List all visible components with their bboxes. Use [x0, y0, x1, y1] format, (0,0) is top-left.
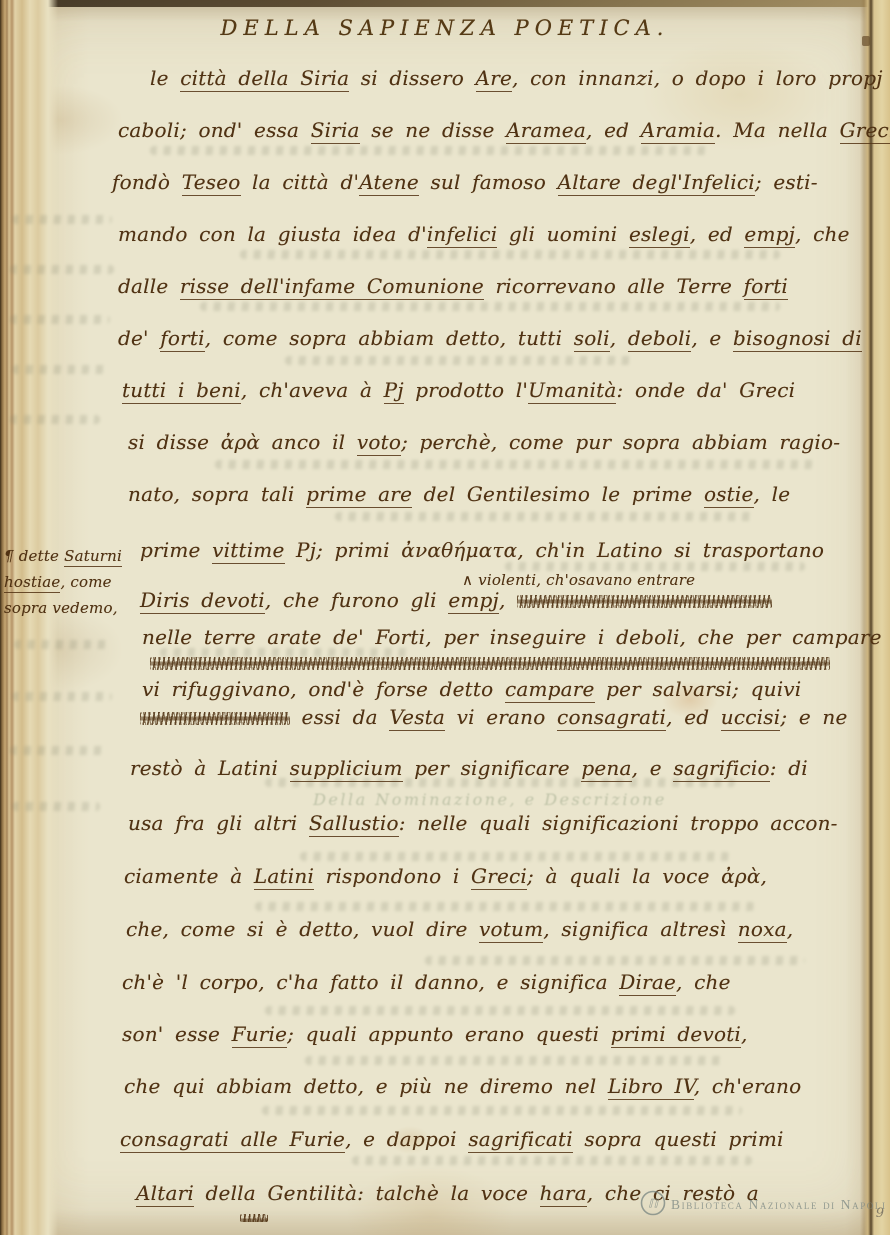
margin-text-segment: ¶ dette [4, 547, 64, 565]
text-segment: del Gentilesimo le prime [412, 482, 704, 506]
bleed-through-line [150, 146, 710, 155]
text-segment: ; esti- [755, 170, 818, 194]
bleed-through-line [10, 265, 114, 274]
text-segment: , con innanzi, o dopo i loro propj vo- [512, 66, 890, 90]
manuscript-line-6: de' forti, come sopra abbiam detto, tutt… [118, 326, 862, 350]
crossed-out-word [240, 1214, 268, 1222]
text-segment: . Ma nella [715, 118, 839, 142]
text-segment: ostie [704, 482, 754, 508]
text-segment: ἀρὰ [221, 430, 260, 454]
text-segment: , ch'aveva à [241, 378, 384, 402]
text-segment: sagrificio [673, 756, 769, 782]
text-segment: primi devoti [611, 1022, 741, 1048]
text-segment: Furie [232, 1022, 288, 1048]
text-segment: anco il [260, 430, 357, 454]
text-segment: , ed [690, 222, 745, 246]
text-segment: per salvarsi; quivi [595, 677, 802, 701]
margin-note: ¶ dette Saturnihostiae, comesopra vedemo… [4, 543, 138, 621]
margin-text-segment: sopra vedemo, [4, 599, 118, 617]
bleed-through-line [10, 315, 110, 324]
text-segment: son' esse [122, 1022, 232, 1046]
manuscript-line-9: nato, sopra tali prime are del Gentilesi… [128, 482, 790, 506]
text-segment: uccisi [721, 705, 781, 731]
text-segment: nato, sopra tali [128, 482, 306, 506]
manuscript-line-19: che, come si è detto, vuol dire votum, s… [126, 917, 793, 941]
bleed-through-line [255, 902, 755, 911]
text-segment: , ch'erano [694, 1074, 802, 1098]
text-segment: infelici [427, 222, 498, 248]
bleed-through-line [265, 1006, 735, 1015]
text-segment: Diris devoti [140, 588, 265, 614]
stamp-label: Biblioteca Nazionale di Napoli [671, 1197, 887, 1213]
bleed-through-heading: Della Nominazione, e Descrizione [255, 790, 725, 809]
text-segment: Greci [471, 864, 527, 890]
text-segment: tutti i beni [122, 378, 241, 404]
text-segment: sagrificati [468, 1127, 573, 1153]
bleed-through-line [215, 460, 815, 469]
manuscript-line-4: mando con la giusta idea d'infelici gli … [118, 222, 850, 246]
bleed-through-line [12, 365, 107, 374]
text-segment: usa fra gli altri [128, 811, 309, 835]
margin-note-line-2: hostiae, come [4, 569, 138, 595]
bleed-through-line [335, 512, 755, 521]
text-segment: ricorrevano alle Terre [484, 274, 744, 298]
text-segment: bisognosi di [733, 326, 862, 352]
text-segment: deboli [628, 326, 691, 352]
text-segment: Are [476, 66, 512, 92]
crossed-out-text [517, 595, 772, 608]
text-segment: ; quali appunto erano questi [287, 1022, 611, 1046]
text-segment: sopra questi primi [573, 1127, 784, 1151]
manuscript-line-15: essi da Vesta vi erano consagrati, ed uc… [140, 705, 848, 729]
text-segment: ἀναθήματα [401, 538, 517, 562]
text-segment: Vesta [389, 705, 445, 731]
text-segment: : di [770, 756, 808, 780]
text-segment: prodotto l' [404, 378, 528, 402]
manuscript-line-21: son' esse Furie; quali appunto erano que… [122, 1022, 748, 1046]
text-segment: , che [676, 970, 731, 994]
manuscript-line-7: tutti i beni, ch'aveva à Pj prodotto l'U… [122, 378, 795, 402]
manuscript-line-13 [150, 650, 830, 674]
manuscript-line-1: le città della Siria si dissero Are, con… [150, 66, 890, 90]
text-segment: caboli; ond' essa [118, 118, 311, 142]
text-segment: fondò [112, 170, 182, 194]
text-segment: Latini [254, 864, 314, 890]
manuscript-line-17: usa fra gli altri Sallustio: nelle quali… [128, 811, 838, 835]
bleed-through-line [12, 215, 112, 224]
page-title: DELLA SAPIENZA POETICA. [0, 16, 890, 40]
text-segment: prime are [306, 482, 412, 508]
text-segment: ; e ne [780, 705, 847, 729]
text-segment: , che [795, 222, 850, 246]
margin-note-line-3: sopra vedemo, [4, 595, 138, 621]
text-segment: forti [160, 326, 204, 352]
text-segment: , ed [586, 118, 641, 142]
manuscript-page: Della Nominazione, e Descrizione DELLA S… [0, 0, 890, 1235]
manuscript-line-5: dalle risse dell'infame Comunione ricorr… [118, 274, 788, 298]
bleed-through-line [300, 852, 730, 861]
manuscript-line-16: restò à Latini supplicium per significar… [130, 756, 808, 780]
bleed-through-line [352, 1156, 752, 1165]
manuscript-line-10: prime vittime Pj; primi ἀναθήματα, ch'in… [140, 538, 824, 562]
manuscript-line-2: caboli; ond' essa Siria se ne disse Aram… [118, 118, 890, 142]
text-segment: consagrati [557, 705, 666, 731]
text-segment: vi erano [445, 705, 557, 729]
text-segment: ch'è 'l corpo, c'ha fatto il danno, e si… [122, 970, 619, 994]
bleed-through-line [12, 692, 112, 701]
crossed-out-text [150, 657, 830, 670]
text-segment: Pj [384, 378, 404, 404]
text-segment: pena [581, 756, 631, 782]
text-segment: , ed [666, 705, 721, 729]
manuscript-line-12: nelle terre arate de' Forti, per insegui… [142, 625, 890, 649]
page-right-edge [860, 0, 890, 1235]
text-segment: , [761, 864, 768, 888]
svg-text:ℿ: ℿ [648, 1197, 660, 1211]
page-top-edge [0, 0, 890, 7]
bleed-through-line [240, 250, 780, 259]
manuscript-line-22: che qui abbiam detto, e più ne diremo ne… [124, 1074, 801, 1098]
manuscript-line-14: vi rifuggivano, ond'è forse detto campar… [142, 677, 801, 701]
text-segment: la città d' [241, 170, 360, 194]
text-segment: ciamente à [124, 864, 254, 888]
text-segment: Umanità [528, 378, 616, 404]
text-segment: della Gentilità: talchè la voce [194, 1181, 540, 1205]
bleed-through-line [425, 956, 805, 965]
text-segment: Altari [136, 1181, 194, 1207]
text-segment: , come sopra abbiam detto, tutti [205, 326, 574, 350]
manuscript-line-3: fondò Teseo la città d'Atene sul famoso … [112, 170, 818, 194]
text-segment: , [787, 917, 794, 941]
interlinear-insertion: ∧ violenti, ch'osavano entrare [462, 571, 695, 589]
bleed-through-line [10, 415, 100, 424]
text-segment: rispondono i [314, 864, 471, 888]
text-segment: voto [357, 430, 401, 456]
text-segment: Dirae [619, 970, 676, 996]
text-segment: empj [744, 222, 795, 248]
text-segment: hara [540, 1181, 587, 1207]
text-segment: ἀρὰ [721, 864, 760, 888]
bleed-through-line [10, 746, 105, 755]
text-segment: Aramea [506, 118, 586, 144]
text-segment: sul famoso [419, 170, 558, 194]
text-segment: , e [691, 326, 733, 350]
library-stamp: ℿ Biblioteca Nazionale di Napoli [640, 1190, 887, 1220]
bleed-through-line [200, 302, 780, 311]
margin-text-segment: , come [60, 573, 111, 591]
bleed-through-line [14, 640, 109, 649]
text-segment: soli [574, 326, 610, 352]
margin-note-line-1: ¶ dette Saturni [4, 543, 138, 569]
margin-text-segment: Saturni [64, 547, 122, 567]
text-segment: Sallustio [309, 811, 399, 837]
text-segment: , significa altresì [543, 917, 738, 941]
text-segment: Pj; primi [285, 538, 402, 562]
text-segment: vi rifuggivano, ond'è forse detto [142, 677, 505, 701]
text-segment: , [741, 1022, 748, 1046]
text-segment: eslegi [629, 222, 690, 248]
text-segment: si disse [128, 430, 221, 454]
text-segment: se ne disse [360, 118, 506, 142]
text-segment: risse dell'infame Comunione [180, 274, 484, 300]
manuscript-line-18: ciamente à Latini rispondono i Greci; à … [124, 864, 767, 888]
manuscript-line-23: consagrati alle Furie, e dappoi sagrific… [120, 1127, 784, 1151]
text-segment: , e [632, 756, 674, 780]
text-segment: Teseo [182, 170, 241, 196]
manuscript-line-20: ch'è 'l corpo, c'ha fatto il danno, e si… [122, 970, 731, 994]
text-segment: , [499, 588, 517, 612]
text-segment: , e dappoi [345, 1127, 468, 1151]
crossed-out-text [140, 712, 290, 725]
text-segment: Libro IV [608, 1074, 694, 1100]
text-segment: ; perchè, come pur sopra abbiam ragio- [401, 430, 840, 454]
bleed-through-line [305, 1056, 725, 1065]
text-segment: essi da [290, 705, 389, 729]
text-segment: dalle [118, 274, 180, 298]
text-segment: gli uomini [497, 222, 629, 246]
folio-mark: 9 [876, 1206, 884, 1221]
text-segment: per significare [403, 756, 582, 780]
text-segment: consagrati alle Furie [120, 1127, 345, 1153]
text-segment: , ch'in Latino si trasportano [517, 538, 824, 562]
margin-text-segment: hostiae [4, 573, 60, 593]
text-segment: Siria [311, 118, 360, 144]
text-segment: ; à quali la voce [527, 864, 721, 888]
text-segment: forti [744, 274, 788, 300]
text-segment: campare [505, 677, 595, 703]
text-segment: che, come si è detto, vuol dire [126, 917, 479, 941]
bleed-through-line [12, 802, 100, 811]
text-segment: empj [448, 588, 499, 614]
text-segment: che qui abbiam detto, e più ne diremo ne… [124, 1074, 608, 1098]
text-segment: vittime [212, 538, 284, 564]
text-segment: Grecia [840, 118, 890, 144]
text-segment: noxa [738, 917, 787, 943]
text-segment: nelle terre arate de' Forti, per insegui… [142, 625, 890, 649]
text-segment: città della Siria [180, 66, 349, 92]
text-segment: de' [118, 326, 160, 350]
manuscript-line-8: si disse ἀρὰ anco il voto; perchè, come … [128, 430, 840, 454]
text-segment: , che furono gli [265, 588, 449, 612]
bleed-through-line [262, 1106, 742, 1115]
text-segment: mando con la giusta idea d' [118, 222, 427, 246]
bleed-through-line [505, 562, 805, 571]
text-segment: votum [479, 917, 543, 943]
text-segment: restò à Latini [130, 756, 290, 780]
bleed-through-line [285, 356, 635, 365]
stamp-monogram-icon: ℿ [640, 1190, 666, 1220]
text-segment: Aramia [641, 118, 715, 144]
text-segment: si dissero [349, 66, 475, 90]
text-segment: , [610, 326, 628, 350]
text-segment: Atene [359, 170, 419, 196]
text-segment: : nelle quali significazioni troppo acco… [399, 811, 838, 835]
text-segment: : onde da' Greci [616, 378, 795, 402]
text-segment: , le [754, 482, 791, 506]
text-segment: Altare degl'Infelici [558, 170, 755, 196]
text-segment: prime [140, 538, 212, 562]
manuscript-line-11: Diris devoti, che furono gli empj, [140, 588, 772, 612]
text-segment: supplicium [290, 756, 403, 782]
text-segment: le [150, 66, 180, 90]
